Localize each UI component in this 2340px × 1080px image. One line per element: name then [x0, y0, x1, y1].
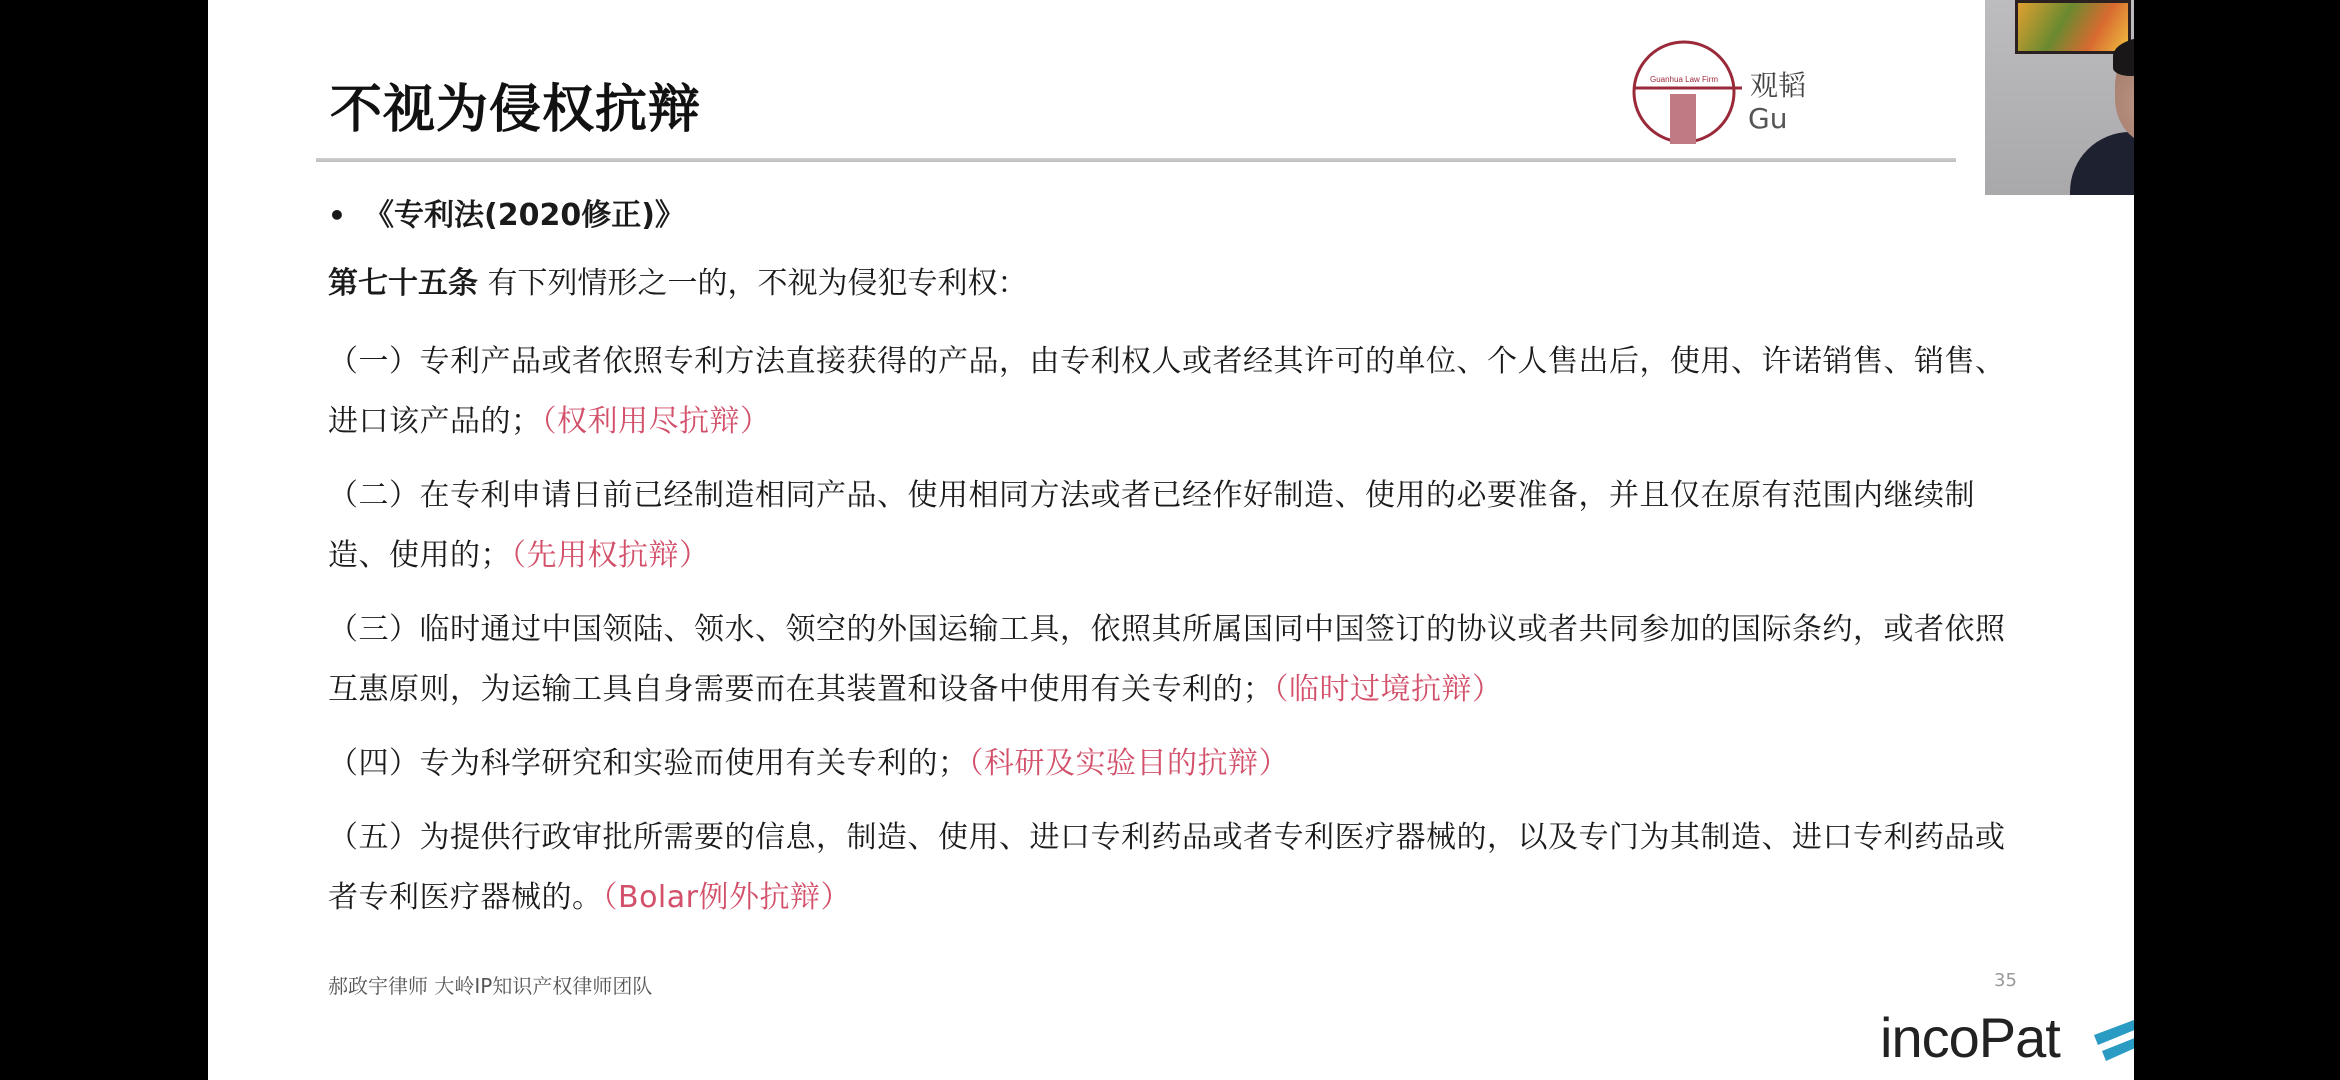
clause-note: （先用权抗辩） — [511, 538, 710, 573]
incopat-logo-text: incoPat — [1880, 1005, 2060, 1070]
incopat-logo-icon — [2088, 1017, 2134, 1065]
slide-title: 不视为侵权抗辩 — [330, 78, 701, 142]
law-firm-name-cn: 观韬 — [1750, 64, 1806, 104]
wall-painting — [2015, 0, 2131, 54]
law-firm-name-en: Gu — [1748, 102, 1787, 135]
presenter-video-overlay[interactable] — [1985, 0, 2134, 195]
clause-text: （四）专为科学研究和实验而使用有关专利的； — [328, 746, 969, 781]
article-intro: 有下列情形之一的，不视为侵犯专利权： — [478, 266, 1028, 301]
bullet-icon: • — [328, 192, 364, 240]
title-divider — [316, 158, 1956, 162]
slide-footer: 郝政宇律师 大岭IP知识产权律师团队 — [328, 970, 652, 999]
article-number: 第七十五条 — [328, 266, 478, 301]
law-firm-logo-icon: Guanhua Law Firm — [1626, 36, 1746, 148]
clause-note: （科研及实验目的抗辩） — [969, 746, 1290, 781]
law-reference: 《专利法(2020修正)》 — [364, 192, 685, 240]
page-number: 35 — [1994, 970, 2017, 991]
incopat-watermark: incoPat — [1880, 1005, 2134, 1080]
law-reference-bullet: • 《专利法(2020修正)》 — [328, 192, 2008, 240]
presenter-body — [2070, 132, 2134, 195]
clause-item-1: （一）专利产品或者依照专利方法直接获得的产品，由专利权人或者经其许可的单位、个人… — [328, 332, 2008, 452]
clause-item-3: （三）临时通过中国领陆、领水、领空的外国运输工具，依照其所属国同中国签订的协议或… — [328, 600, 2008, 720]
clause-note: （Bolar例外抗辩） — [603, 880, 852, 915]
article-heading: 第七十五条 有下列情形之一的，不视为侵犯专利权： — [328, 260, 2008, 308]
clause-note: （权利用尽抗辩） — [542, 404, 771, 439]
slide-content: • 《专利法(2020修正)》 第七十五条 有下列情形之一的，不视为侵犯专利权：… — [328, 192, 2008, 942]
presentation-slide: 不视为侵权抗辩 Guanhua Law Firm 观韬 Gu • 《专利法(20… — [208, 0, 2134, 1080]
clause-text: （三）临时通过中国领陆、领水、领空的外国运输工具，依照其所属国同中国签订的协议或… — [328, 612, 2006, 707]
clause-item-2: （二）在专利申请日前已经制造相同产品、使用相同方法或者已经作好制造、使用的必要准… — [328, 466, 2008, 586]
svg-text:Guanhua Law Firm: Guanhua Law Firm — [1650, 75, 1718, 84]
clause-text: （五）为提供行政审批所需要的信息，制造、使用、进口专利药品或者专利医疗器械的，以… — [328, 820, 2006, 915]
clause-item-4: （四）专为科学研究和实验而使用有关专利的；（科研及实验目的抗辩） — [328, 734, 2008, 794]
clause-item-5: （五）为提供行政审批所需要的信息，制造、使用、进口专利药品或者专利医疗器械的，以… — [328, 808, 2008, 928]
clause-note: （临时过境抗辩） — [1274, 672, 1503, 707]
